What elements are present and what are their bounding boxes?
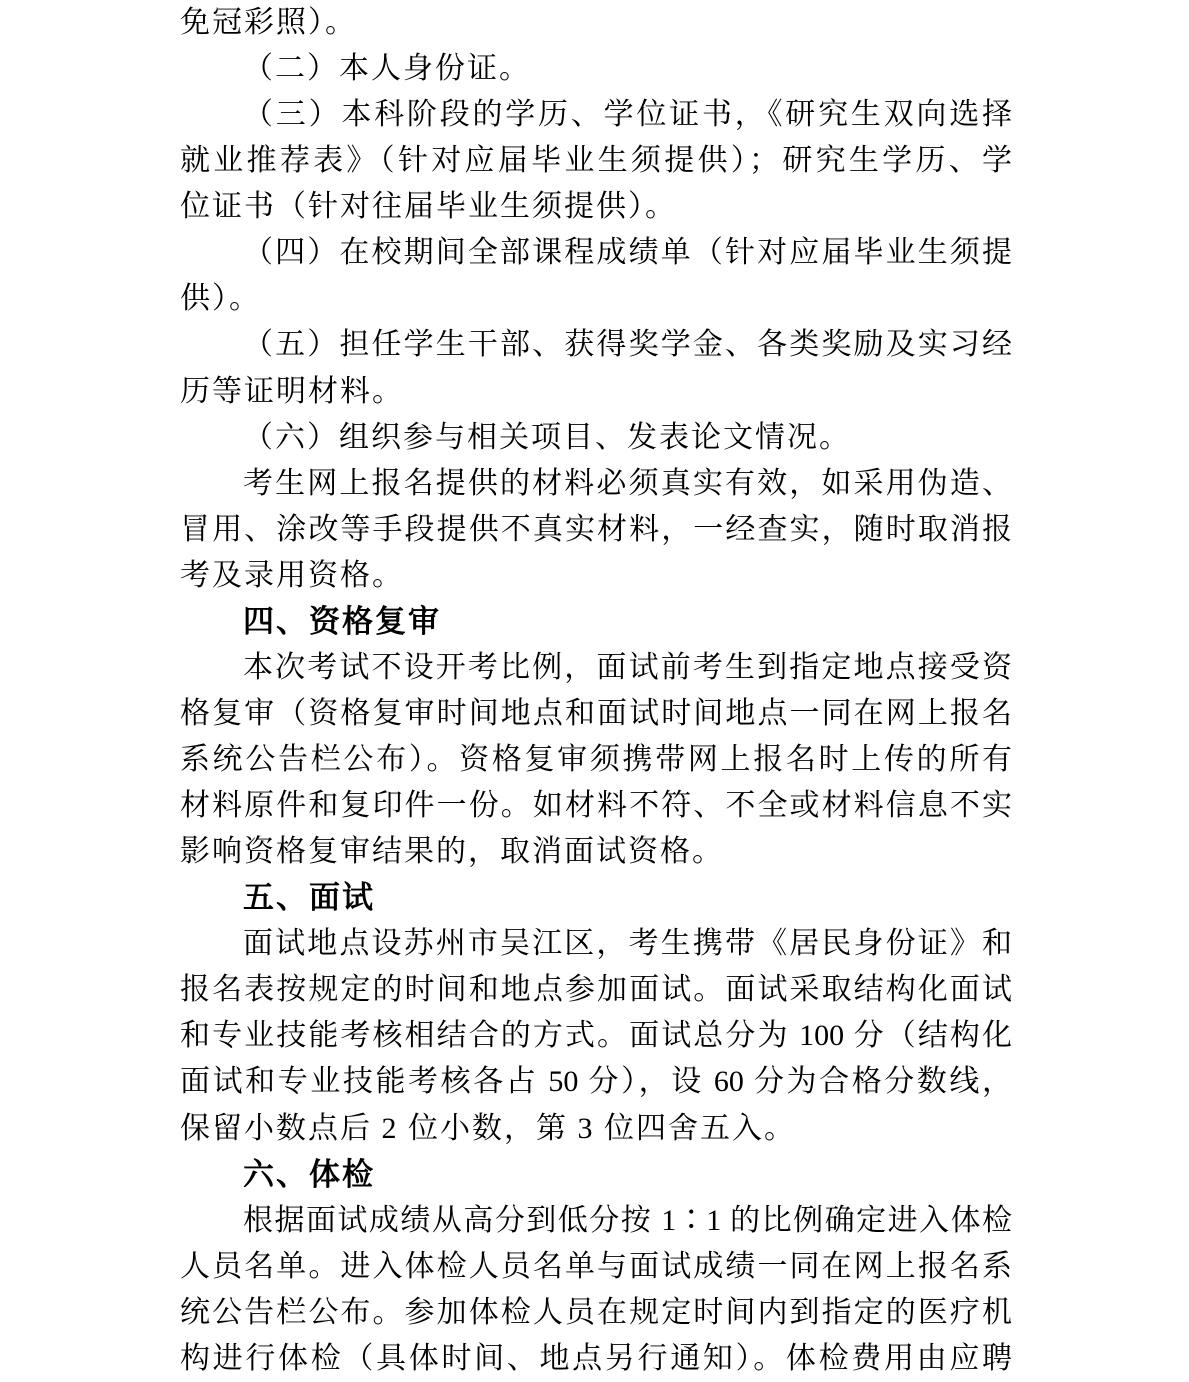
text-line: （四）在校期间全部课程成绩单（针对应届毕业生须提	[180, 230, 1012, 276]
text-line: 保留小数点后 2 位小数，第 3 位四舍五入。	[180, 1106, 1012, 1152]
text-line: 就业推荐表》（针对应届毕业生须提供）；研究生学历、学	[180, 138, 1012, 184]
text-line: 统公告栏公布。参加体检人员在规定时间内到指定的医疗机	[180, 1290, 1012, 1336]
text-line: 本次考试不设开考比例，面试前考生到指定地点接受资	[180, 645, 1012, 691]
text-line: 格复审（资格复审时间地点和面试时间地点一同在网上报名	[180, 691, 1012, 737]
text-line: 供）。	[180, 276, 1012, 322]
text-line: 免冠彩照）。	[180, 0, 1012, 46]
text-line: 根据面试成绩从高分到低分按 1∶1 的比例确定进入体检	[180, 1198, 1012, 1244]
text-line: 考及录用资格。	[180, 553, 1012, 599]
section-heading: 五、面试	[180, 875, 1012, 921]
text-line: （五）担任学生干部、获得奖学金、各类奖励及实习经	[180, 322, 1012, 368]
text-line: （二）本人身份证。	[180, 46, 1012, 92]
document-page: 免冠彩照）。（二）本人身份证。（三）本科阶段的学历、学位证书，《研究生双向选择就…	[0, 0, 1189, 1382]
section-heading: 四、资格复审	[180, 599, 1012, 645]
text-line: 系统公告栏公布）。资格复审须携带网上报名时上传的所有	[180, 737, 1012, 783]
text-line: （三）本科阶段的学历、学位证书，《研究生双向选择	[180, 92, 1012, 138]
text-line: 历等证明材料。	[180, 369, 1012, 415]
text-line: 面试和专业技能考核各占 50 分），设 60 分为合格分数线，	[180, 1059, 1012, 1105]
text-line: 影响资格复审结果的，取消面试资格。	[180, 829, 1012, 875]
text-line: 材料原件和复印件一份。如材料不符、不全或材料信息不实	[180, 783, 1012, 829]
document-content: 免冠彩照）。（二）本人身份证。（三）本科阶段的学历、学位证书，《研究生双向选择就…	[180, 0, 1012, 1382]
section-heading: 六、体检	[180, 1152, 1012, 1198]
text-line: 报名表按规定的时间和地点参加面试。面试采取结构化面试	[180, 967, 1012, 1013]
text-line: 构进行体检（具体时间、地点另行通知）。体检费用由应聘	[180, 1336, 1012, 1382]
text-line: 和专业技能考核相结合的方式。面试总分为 100 分（结构化	[180, 1013, 1012, 1059]
text-line: 考生网上报名提供的材料必须真实有效，如采用伪造、	[180, 461, 1012, 507]
text-line: （六）组织参与相关项目、发表论文情况。	[180, 415, 1012, 461]
text-line: 冒用、涂改等手段提供不真实材料，一经查实，随时取消报	[180, 507, 1012, 553]
text-line: 面试地点设苏州市吴江区，考生携带《居民身份证》和	[180, 921, 1012, 967]
text-line: 位证书（针对往届毕业生须提供）。	[180, 184, 1012, 230]
text-line: 人员名单。进入体检人员名单与面试成绩一同在网上报名系	[180, 1244, 1012, 1290]
